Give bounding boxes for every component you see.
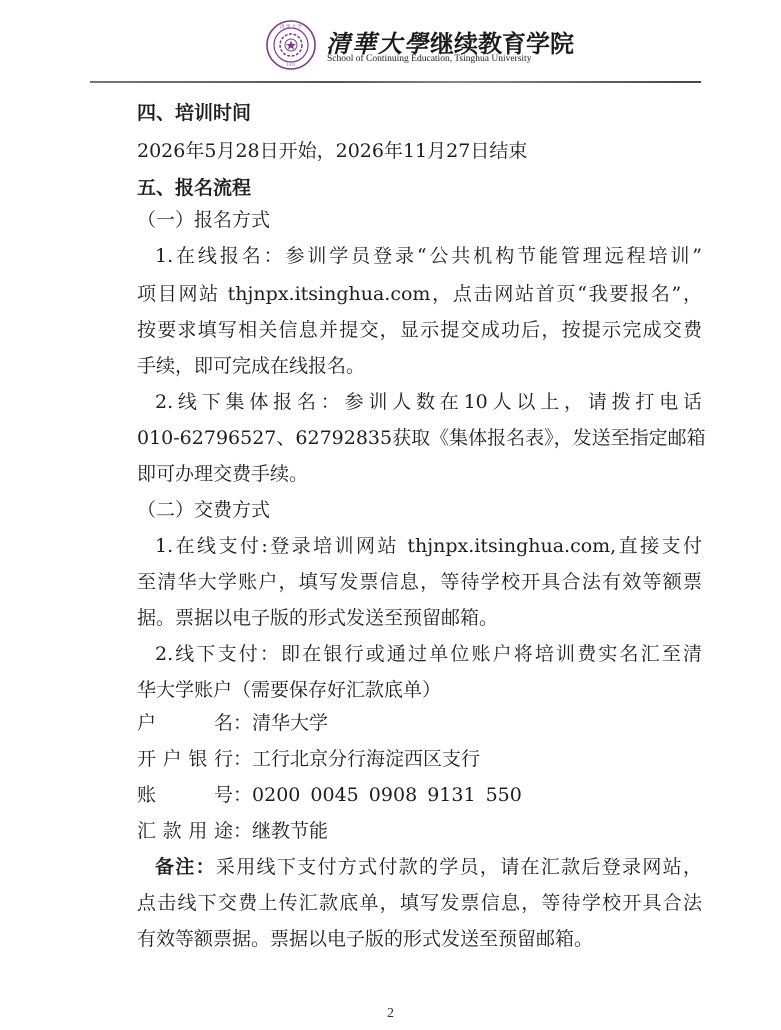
page-header: 清 华 大 学 1911 清華大學继续教育学院 School of Contin… — [0, 0, 781, 84]
paragraph-line: 华大学账户（需要保存好汇款底单） — [137, 677, 702, 703]
paragraph-line: 010-62796527、62792835获取《集体报名表》，发送至指定邮箱 — [137, 425, 702, 451]
brand-subtitle: School of Continuing Education, Tsinghua… — [327, 54, 531, 64]
account-value: 0200 0045 0908 9131 550 — [252, 784, 522, 806]
paragraph-line: 据。票据以电子版的形式发送至预留邮箱。 — [137, 605, 702, 631]
note-text: 采用线下支付方式付款的学员，请在汇款后登录网站， — [216, 856, 702, 878]
section-heading-training-time: 四、培训时间 — [137, 100, 702, 126]
account-label: 汇款用途 — [137, 818, 233, 844]
section-heading-registration: 五、报名流程 — [137, 175, 702, 201]
account-number-row: 账号：0200 0045 0908 9131 550 — [137, 782, 522, 808]
header-divider — [90, 81, 701, 83]
subheading-registration-method: （一）报名方式 — [137, 207, 702, 233]
svg-text:1911: 1911 — [287, 63, 296, 67]
paragraph-line: 项目网站 thjnpx.itsinghua.com，点击网站首页“我要报名”， — [137, 281, 702, 307]
account-name-row: 户名：清华大学 — [137, 710, 328, 736]
account-bank-row: 开户银行：工行北京分行海淀西区支行 — [137, 746, 480, 772]
paragraph-line: 1.在线报名：参训学员登录“公共机构节能管理远程培训” — [155, 243, 702, 269]
note-label: 备注： — [155, 856, 216, 878]
note-line: 备注：采用线下支付方式付款的学员，请在汇款后登录网站， — [155, 854, 702, 880]
account-purpose-row: 汇款用途：继教节能 — [137, 818, 328, 844]
note-line: 点击线下交费上传汇款底单，填写发票信息，等待学校开具合法 — [137, 890, 702, 916]
training-dates: 2026年5月28日开始，2026年11月27日结束 — [137, 138, 702, 164]
tsinghua-seal-icon: 清 华 大 学 1911 — [266, 20, 316, 70]
subheading-payment-method: （二）交费方式 — [137, 497, 702, 523]
account-label: 开户银行 — [137, 746, 233, 772]
page-number: 2 — [0, 1006, 781, 1022]
paragraph-line: 按要求填写相关信息并提交，显示提交成功后，按提示完成交费 — [137, 317, 702, 343]
paragraph-line: 2.线下支付：即在银行或通过单位账户将培训费实名汇至清 — [155, 641, 702, 667]
account-value: 清华大学 — [252, 712, 328, 734]
account-label: 账号 — [137, 782, 233, 808]
paragraph-line: 至清华大学账户，填写发票信息，等待学校开具合法有效等额票 — [137, 569, 702, 595]
note-line: 有效等额票据。票据以电子版的形式发送至预留邮箱。 — [137, 926, 702, 952]
account-label: 户名 — [137, 710, 233, 736]
paragraph-line: 手续，即可完成在线报名。 — [137, 353, 702, 379]
account-value: 继教节能 — [252, 820, 328, 842]
paragraph-line: 2.线下集体报名：参训人数在10人以上，请拨打电话 — [155, 389, 702, 415]
account-value: 工行北京分行海淀西区支行 — [252, 748, 480, 770]
svg-text:清 华 大 学: 清 华 大 学 — [280, 23, 303, 30]
paragraph-line: 1.在线支付:登录培训网站 thjnpx.itsinghua.com,直接支付 — [155, 533, 702, 559]
paragraph-line: 即可办理交费手续。 — [137, 461, 702, 487]
